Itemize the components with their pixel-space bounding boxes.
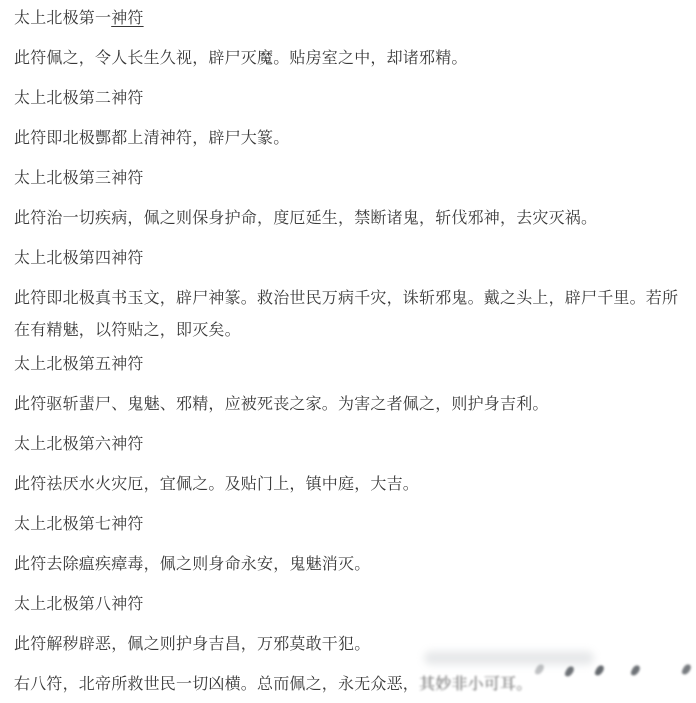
section-3-body: 此符治一切疾病，佩之则保身护命，度厄延生，禁断诸鬼，斩伐邪神，去灾灭祸。 — [14, 202, 686, 234]
summary-text-blurred: 其妙非小可耳。 — [419, 674, 532, 693]
section-4-body: 此符即北极真书玉文，辟尸神篆。救治世民万病千灾，诛斩邪鬼。戴之头上，辟尸千里。若… — [14, 282, 686, 346]
section-5-body: 此符驱斩蜚尸、鬼魅、邪精，应被死丧之家。为害之者佩之，则护身吉利。 — [14, 388, 686, 420]
section-6-heading: 太上北极第六神符 — [14, 428, 686, 460]
summary-text-clear: 右八符，北帝所救世民一切凶横。总而佩之，永无众恶， — [14, 674, 419, 693]
section-8-body: 此符解秽辟恶，佩之则护身吉昌，万邪莫敢干犯。 — [14, 628, 686, 660]
section-2-heading: 太上北极第二神符 — [14, 82, 686, 114]
section-5-heading: 太上北极第五神符 — [14, 348, 686, 380]
section-1-heading-underlined-term[interactable]: 神符 — [111, 8, 143, 27]
document-body: 太上北极第一神符 此符佩之，令人长生久视，辟尸灭魔。贴房室之中，却诸邪精。 太上… — [0, 0, 696, 700]
section-1-body: 此符佩之，令人长生久视，辟尸灭魔。贴房室之中，却诸邪精。 — [14, 42, 686, 74]
section-2-body: 此符即北极酆都上清神符，辟尸大篆。 — [14, 122, 686, 154]
section-1-heading: 太上北极第一神符 — [14, 2, 686, 34]
section-3-heading: 太上北极第三神符 — [14, 162, 686, 194]
section-8-heading: 太上北极第八神符 — [14, 588, 686, 620]
section-7-heading: 太上北极第七神符 — [14, 508, 686, 540]
summary-line: 右八符，北帝所救世民一切凶横。总而佩之，永无众恶，其妙非小可耳。 — [14, 668, 686, 700]
section-6-body: 此符祛厌水火灾厄，宜佩之。及贴门上，镇中庭，大吉。 — [14, 468, 686, 500]
section-1-heading-prefix: 太上北极第一 — [14, 8, 111, 27]
section-7-body: 此符去除瘟疾瘴毒，佩之则身命永安，鬼魅消灭。 — [14, 548, 686, 580]
section-4-heading: 太上北极第四神符 — [14, 242, 686, 274]
